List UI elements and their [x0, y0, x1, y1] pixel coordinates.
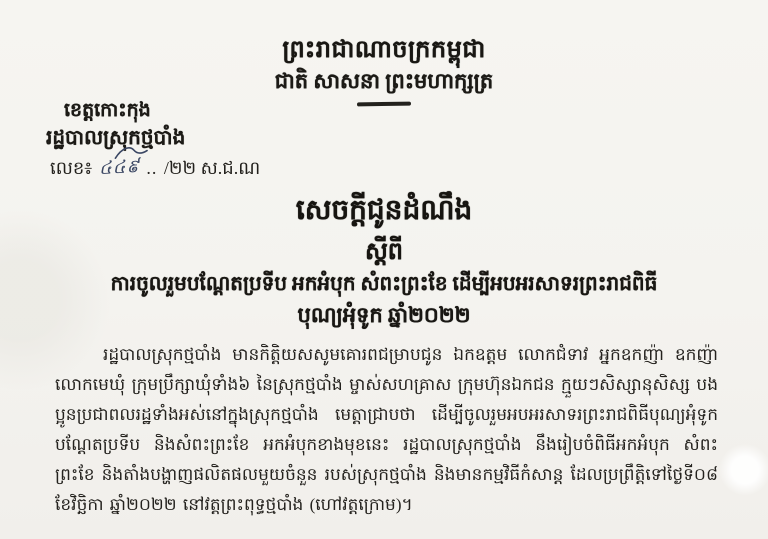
handwritten-reference-number: ៤៤៩ — [96, 154, 143, 183]
document-title: សេចក្តីជូនដំណឹង — [0, 192, 768, 233]
subject-line-2: បុណ្យអុំទូក ឆ្នាំ២០២២ — [0, 302, 768, 333]
reference-number-suffix: /២២ ស.ជ.ណ — [164, 156, 260, 183]
reference-number-label: លេខ៖ — [50, 156, 92, 183]
scanned-document-page: ព្រះរាជាណាចក្រកម្ពុជា ជាតិ សាសនា ព្រះមហា… — [0, 0, 768, 539]
kingdom-motto-line2: ជាតិ សាសនា ព្រះមហាក្សត្រ — [0, 68, 768, 99]
reference-dotted-gap: .. — [146, 158, 157, 179]
kingdom-motto-line1: ព្រះរាជាណាចក្រកម្ពុជា — [0, 34, 768, 69]
announcement-body-paragraph: រដ្ឋបាលស្រុកថ្មបាំង មានកិត្តិយសសូមគោរពជម… — [55, 340, 718, 520]
reference-number-line: លេខ៖ ៤៤៩ .. /២២ ស.ជ.ណ — [50, 156, 260, 183]
province-name: ខេត្តកោះកុង — [64, 98, 151, 126]
header-divider — [357, 102, 411, 107]
district-administration-name: រដ្ឋបាលស្រុកថ្មបាំង — [46, 124, 185, 154]
subject-line-1: ការចូលរួមបណ្តែតប្រទីប អកអំបុក សំពះព្រះខែ… — [28, 270, 740, 300]
handwritten-reference-number-text: ៤៤៩ — [98, 156, 140, 178]
document-subtitle-concerning: ស្តីពី — [0, 236, 768, 271]
